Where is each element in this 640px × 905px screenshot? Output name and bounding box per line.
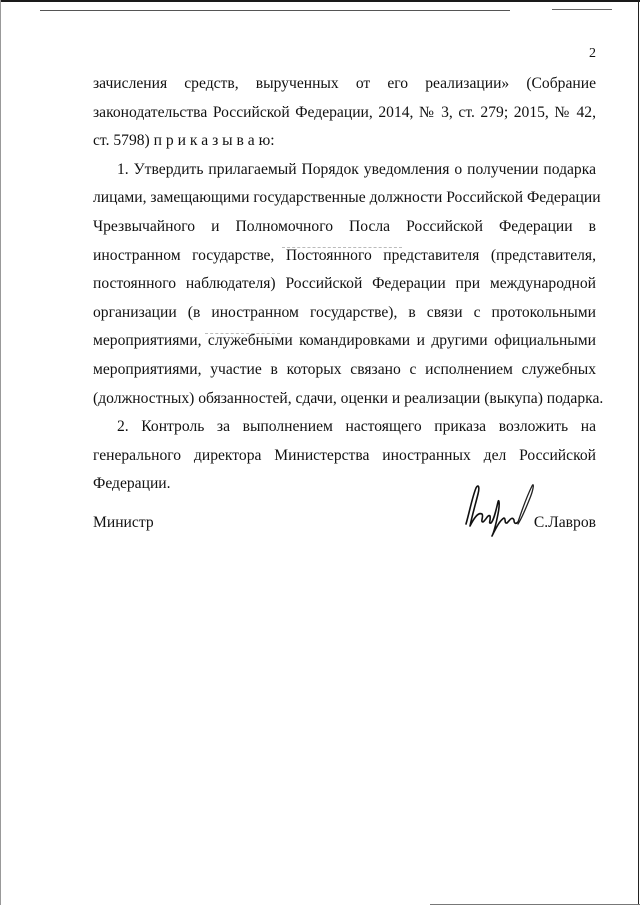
text-line: генерального директора Министерства инос… [93,442,596,471]
scan-artifact-line [40,10,510,11]
text-line: законодательства Российской Федерации, 2… [93,99,596,128]
scan-top-border [0,0,640,2]
text-line: мероприятиями, участие в которых связано… [93,356,596,385]
text-line: ст. 5798) п р и к а з ы в а ю: [93,127,596,156]
text-line: зачисления средств, вырученных от его ре… [93,70,596,99]
order-word: п р и к а з ы в а ю: [154,132,275,149]
text-line: лицами, замещающими государственные долж… [93,184,596,213]
document-body: зачисления средств, вырученных от его ре… [93,70,596,499]
scan-right-border [638,0,639,905]
intro-paragraph: зачисления средств, вырученных от его ре… [93,70,596,156]
handwritten-signature-icon [458,480,538,540]
page-number: 2 [589,46,596,62]
scan-artifact-underline [282,247,402,248]
text-line: 1. Утвердить прилагаемый Порядок уведомл… [93,156,596,185]
citation-text: ст. 5798) [93,132,154,149]
text-line: (должностных) обязанностей, сдачи, оценк… [93,385,596,414]
scan-artifact-underline [205,333,280,334]
scan-artifact-line [552,9,612,10]
signer-position: Министр [93,514,154,532]
signature-block: Министр С.Лавров [93,480,596,550]
signer-name: С.Лавров [534,514,596,532]
clause-1: 1. Утвердить прилагаемый Порядок уведомл… [93,156,596,413]
text-line: мероприятиями, служебными командировками… [93,327,596,356]
text-line: иностранном государстве, Постоянного пре… [93,242,596,271]
text-line: постоянного наблюдателя) Российской Феде… [93,270,596,299]
text-line: организации (в иностранном государстве),… [93,299,596,328]
text-line: Чрезвычайного и Полномочного Посла Росси… [93,213,596,242]
scan-left-border [0,0,1,905]
text-line: 2. Контроль за выполнением настоящего пр… [93,413,596,442]
